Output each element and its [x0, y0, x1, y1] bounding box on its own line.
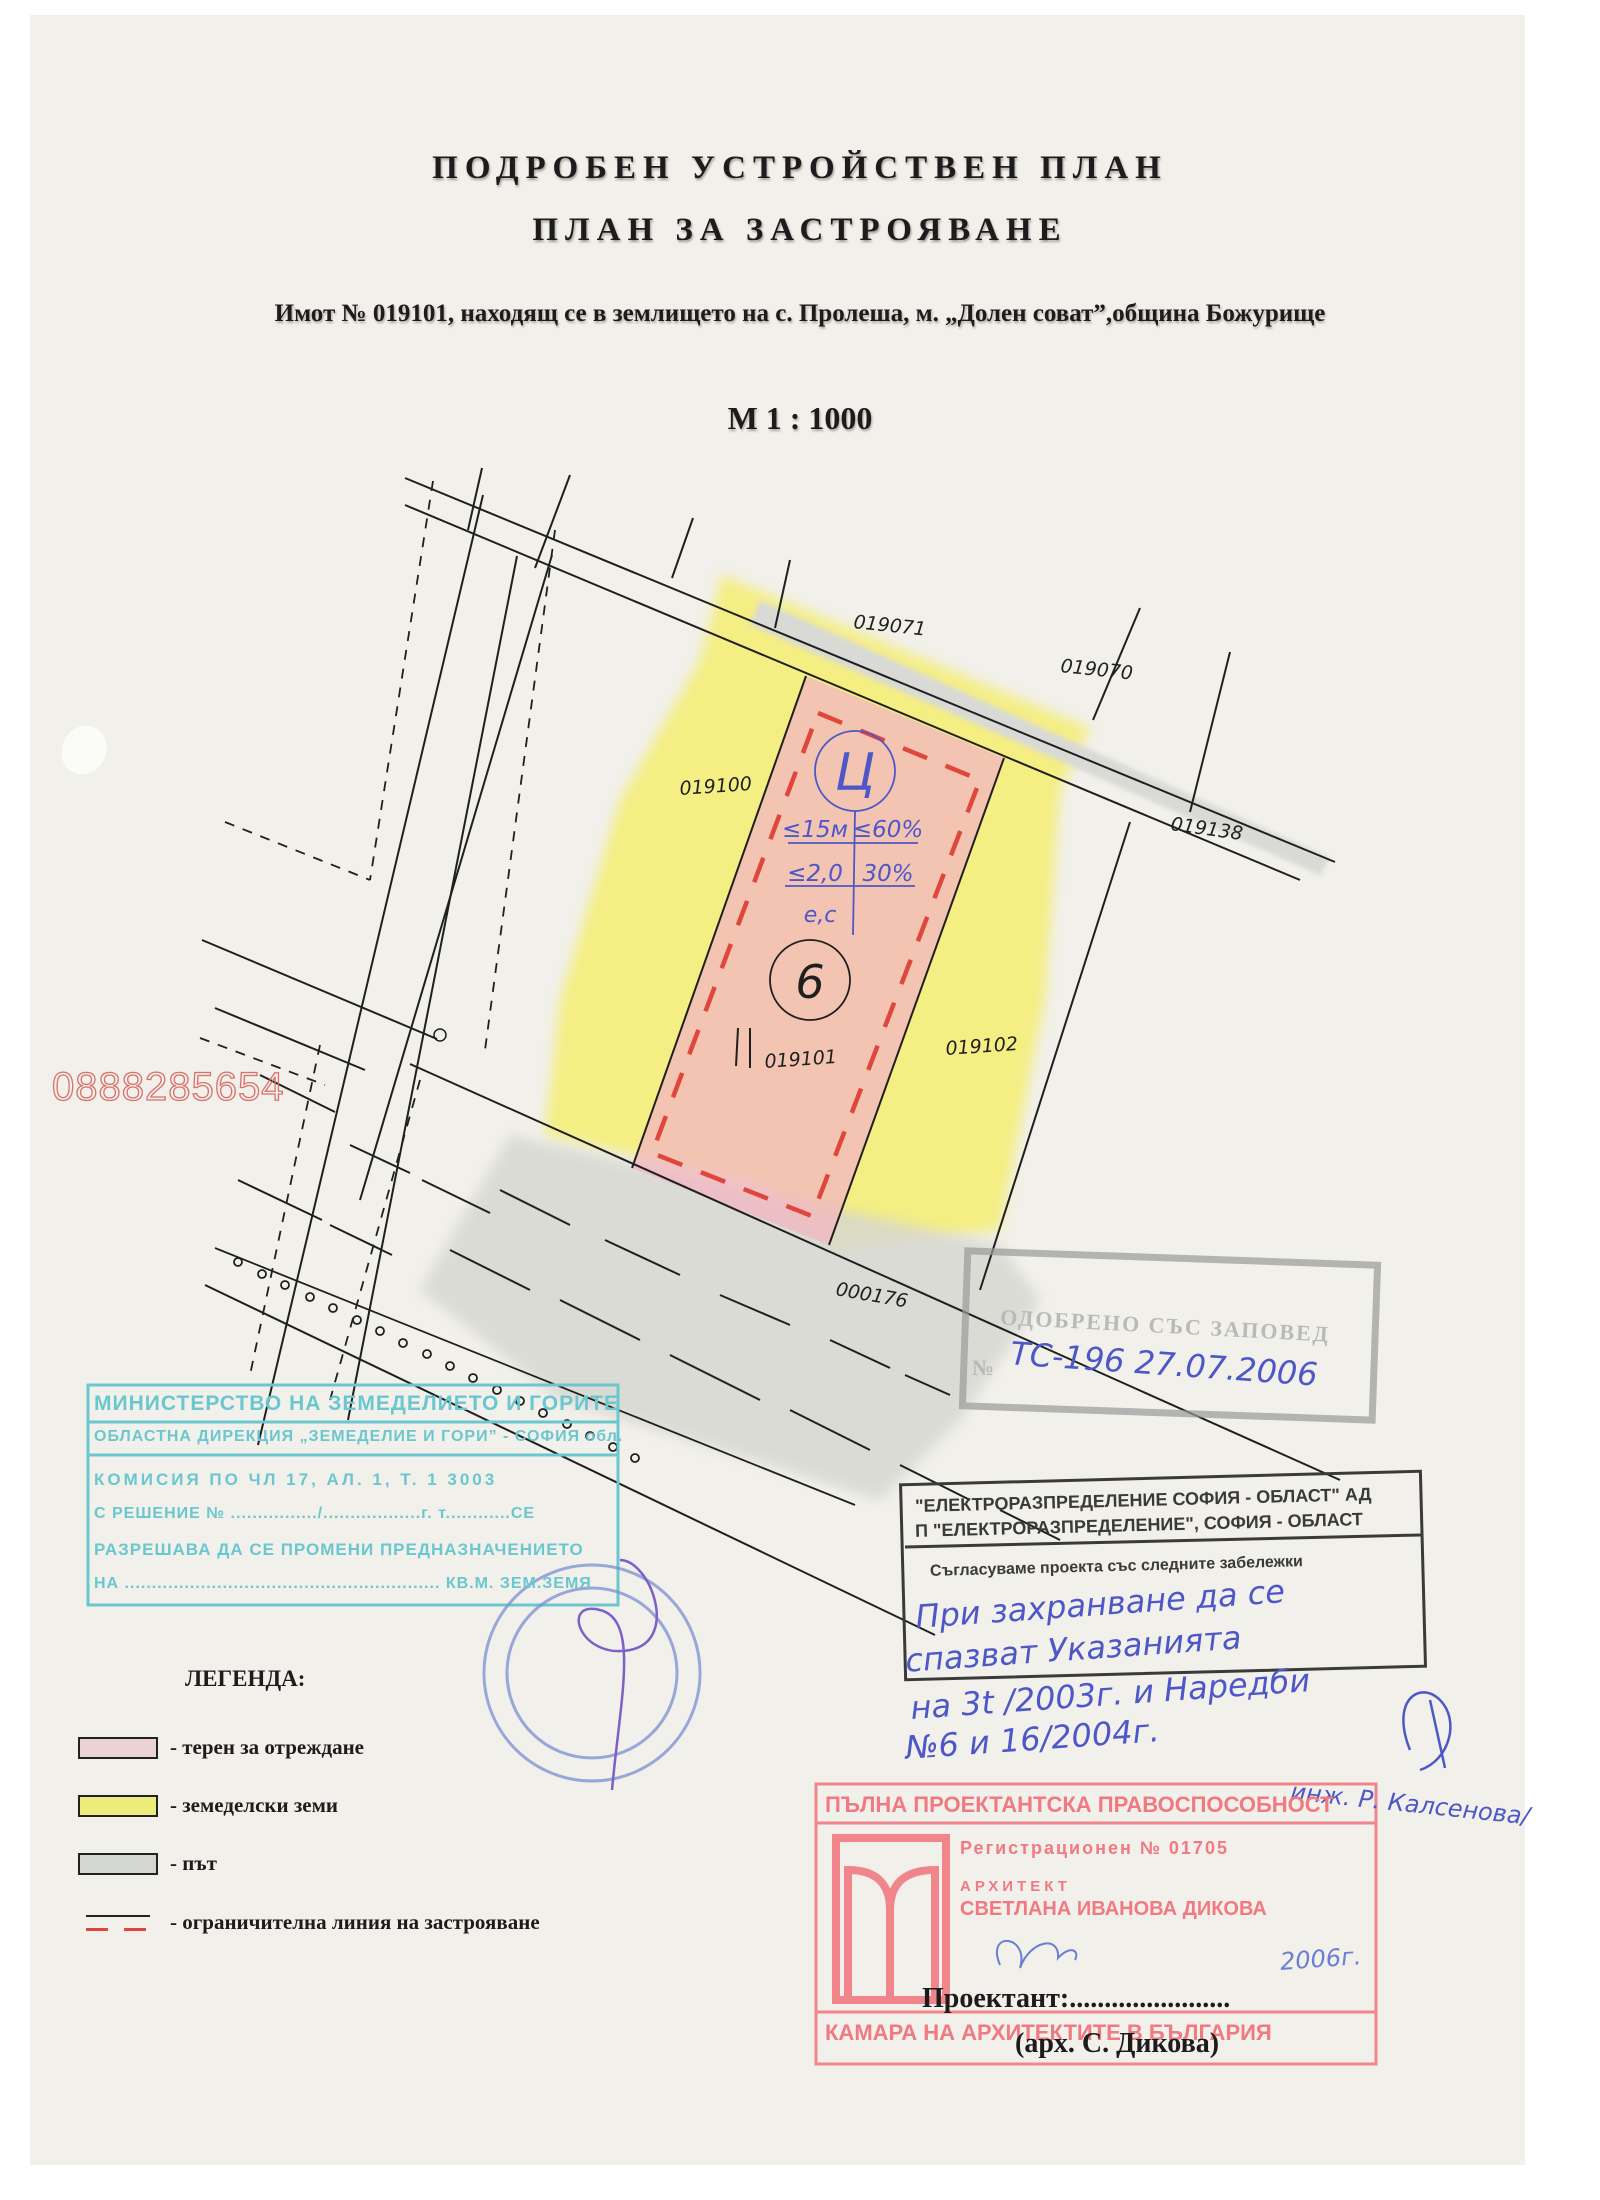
survey-point-marker	[434, 1029, 446, 1041]
phone-watermark: 0888285654	[52, 1065, 284, 1110]
legend-swatch-road	[78, 1853, 158, 1875]
approval-stamp-number-prefix: №	[972, 1355, 994, 1381]
legend-item-building-line: - ограничителна линия на застрояване	[78, 1910, 540, 1935]
architect-name: СВЕТЛАНА ИВАНОВА ДИКОВА	[960, 1898, 1267, 1921]
legend-swatch-agricultural	[78, 1795, 158, 1817]
param-density: ≤60%	[853, 817, 923, 843]
architect-title: АРХИТЕКТ	[960, 1878, 1071, 1895]
ministry-stamp-line5: РАЗРЕШАВА ДА СЕ ПРОМЕНИ ПРЕДНАЗНАЧЕНИЕТО	[94, 1540, 584, 1560]
legend-label: - терен за отреждане	[170, 1735, 364, 1760]
designer-name: (арх. С. Дикова)	[1015, 2028, 1219, 2060]
param-height: ≤15м	[782, 817, 848, 843]
zone-number: 6	[795, 955, 824, 1009]
legend-label: - ограничителна линия на застрояване	[170, 1910, 540, 1935]
param-type: е,с	[804, 903, 837, 928]
param-kint: ≤2,0	[787, 861, 843, 887]
legend-item-parcel: - терен за отреждане	[78, 1735, 364, 1760]
legend-item-road: - път	[78, 1851, 217, 1876]
legend-swatch-parcel	[78, 1737, 158, 1759]
architect-signature-year: 2006г.	[1279, 1942, 1362, 1976]
ministry-stamp-line3: КОМИСИЯ ПО ЧЛ 17, АЛ. 1, Т. 1 3003	[94, 1470, 497, 1490]
legend-swatch-building-line	[78, 1912, 158, 1934]
label-019070: 019070	[1059, 655, 1133, 684]
ministry-stamp-line1: МИНИСТЕРСТВО НА ЗЕМЕДЕЛИЕТО И ГОРИТЕ	[94, 1392, 619, 1416]
signature-architect	[997, 1941, 1076, 1968]
legend-label: - път	[170, 1851, 217, 1876]
legend-label: - земеделски земи	[170, 1793, 338, 1818]
legend-item-agricultural: - земеделски земи	[78, 1793, 338, 1818]
ministry-stamp-line2: ОБЛАСТНА ДИРЕКЦИЯ „ЗЕМЕДЕЛИЕ И ГОРИ” - С…	[94, 1428, 623, 1446]
designer-label: Проектант:.......................	[922, 1983, 1230, 2015]
signature-electro	[1403, 1692, 1450, 1770]
param-green: 30%	[862, 861, 913, 887]
round-seal	[484, 1565, 700, 1781]
ministry-stamp-line6: НА .....................................…	[94, 1575, 592, 1593]
legend-title: ЛЕГЕНДА:	[185, 1666, 305, 1692]
architect-reg-number: Регистрационен № 01705	[960, 1838, 1229, 1859]
zone-symbol: Ц	[835, 743, 875, 803]
architect-stamp-line1: ПЪЛНА ПРОЕКТАНТСКА ПРАВОСПОСОБНОСТ	[825, 1792, 1334, 1818]
ministry-stamp-line4: С РЕШЕНИЕ № ................/...........…	[94, 1505, 535, 1523]
ministry-stamp	[88, 1385, 618, 1605]
